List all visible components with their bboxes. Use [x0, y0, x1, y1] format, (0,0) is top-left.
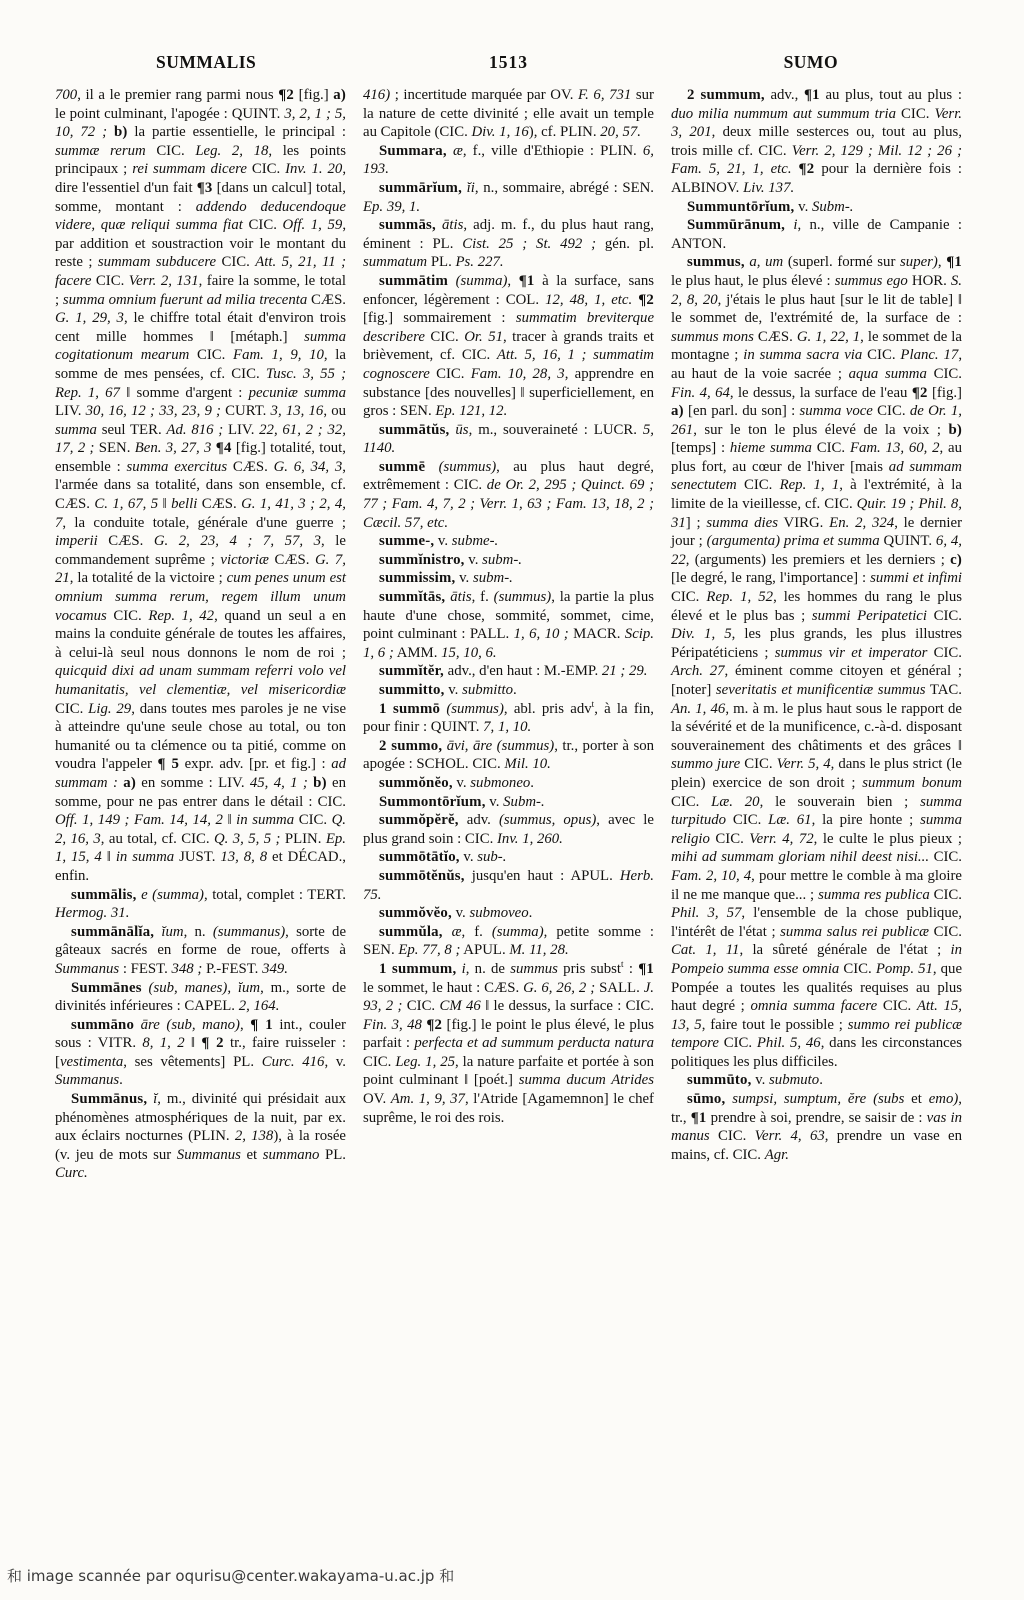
dictionary-paragraph: summātim (summa), ¶1 à la surface, sans …	[363, 272, 654, 421]
page-number: 1513	[357, 52, 659, 73]
running-head: SUMMALIS 1513 SUMO	[0, 0, 1024, 73]
dictionary-paragraph: summŏnĕo, v. submoneo.	[363, 774, 654, 793]
dictionary-paragraph: summūto, v. submuto.	[671, 1071, 962, 1090]
dictionary-paragraph: Summara, æ, f., ville d'Ethiopie : PLIN.…	[363, 142, 654, 179]
dictionary-paragraph: sūmo, sumpsi, sumptum, ĕre (subs et emo)…	[671, 1090, 962, 1164]
dictionary-paragraph: summāno āre (sub, mano), ¶ 1 int., coule…	[55, 1016, 346, 1090]
dictionary-paragraph: summātŭs, ūs, m., souveraineté : LUCR. 5…	[363, 421, 654, 458]
dictionary-paragraph: summe-, v. subme-.	[363, 532, 654, 551]
column-left: 700, il a le premier rang parmi nous ¶2 …	[55, 86, 346, 1183]
column-right: 2 summum, adv., ¶1 au plus, tout au plus…	[671, 86, 962, 1183]
dictionary-page: SUMMALIS 1513 SUMO 700, il a le premier …	[0, 0, 1024, 1600]
dictionary-paragraph: 416) ; incertitude marquée par OV. F. 6,…	[363, 86, 654, 142]
scan-credit: 和 image scannée par oqurisu@center.wakay…	[7, 1565, 454, 1586]
dictionary-paragraph: summitto, v. submitto.	[363, 681, 654, 700]
running-head-left: SUMMALIS	[55, 52, 357, 73]
dictionary-paragraph: summōtātĭo, v. sub-.	[363, 848, 654, 867]
dictionary-paragraph: summĭtĕr, adv., d'en haut : M.-EMP. 21 ;…	[363, 662, 654, 681]
dictionary-paragraph: Summūrānum, i, n., ville de Campanie : A…	[671, 216, 962, 253]
dictionary-paragraph: 700, il a le premier rang parmi nous ¶2 …	[55, 86, 346, 886]
dictionary-paragraph: summŭla, æ, f. (summa), petite somme : S…	[363, 923, 654, 960]
column-middle: 416) ; incertitude marquée par OV. F. 6,…	[363, 86, 654, 1183]
dictionary-paragraph: summānālĭa, ĭum, n. (summanus), sorte de…	[55, 923, 346, 979]
text-columns: 700, il a le premier rang parmi nous ¶2 …	[0, 73, 1024, 1183]
dictionary-paragraph: 2 summo, āvi, āre (summus), tr., porter …	[363, 737, 654, 774]
dictionary-paragraph: summĭtās, ātis, f. (summus), la partie l…	[363, 588, 654, 662]
dictionary-paragraph: summŏpĕrĕ, adv. (summus, opus), avec le …	[363, 811, 654, 848]
dictionary-paragraph: Summānes (sub, manes), ĭum, m., sorte de…	[55, 979, 346, 1016]
dictionary-paragraph: 1 summō (summus), abl. pris advt, à la f…	[363, 700, 654, 737]
dictionary-paragraph: Summontōrĭum, v. Subm-.	[363, 793, 654, 812]
dictionary-paragraph: summĭnistro, v. subm-.	[363, 551, 654, 570]
dictionary-paragraph: summissim, v. subm-.	[363, 569, 654, 588]
dictionary-paragraph: summus, a, um (superl. formé sur super),…	[671, 253, 962, 1071]
dictionary-paragraph: summōtĕnŭs, jusqu'en haut : APUL. Herb. …	[363, 867, 654, 904]
dictionary-paragraph: summās, ātis, adj. m. f., du plus haut r…	[363, 216, 654, 272]
dictionary-paragraph: 1 summum, i, n. de summus pris substt : …	[363, 960, 654, 1127]
dictionary-paragraph: Summānus, ĭ, m., divinité qui présidait …	[55, 1090, 346, 1183]
dictionary-paragraph: summŏvĕo, v. submoveo.	[363, 904, 654, 923]
running-head-right: SUMO	[660, 52, 962, 73]
dictionary-paragraph: summē (summus), au plus haut degré, extr…	[363, 458, 654, 532]
dictionary-paragraph: summālis, e (summa), total, complet : TE…	[55, 886, 346, 923]
dictionary-paragraph: Summuntōrĭum, v. Subm-.	[671, 198, 962, 217]
dictionary-paragraph: summārĭum, ĭi, n., sommaire, abrégé : SE…	[363, 179, 654, 216]
dictionary-paragraph: 2 summum, adv., ¶1 au plus, tout au plus…	[671, 86, 962, 198]
